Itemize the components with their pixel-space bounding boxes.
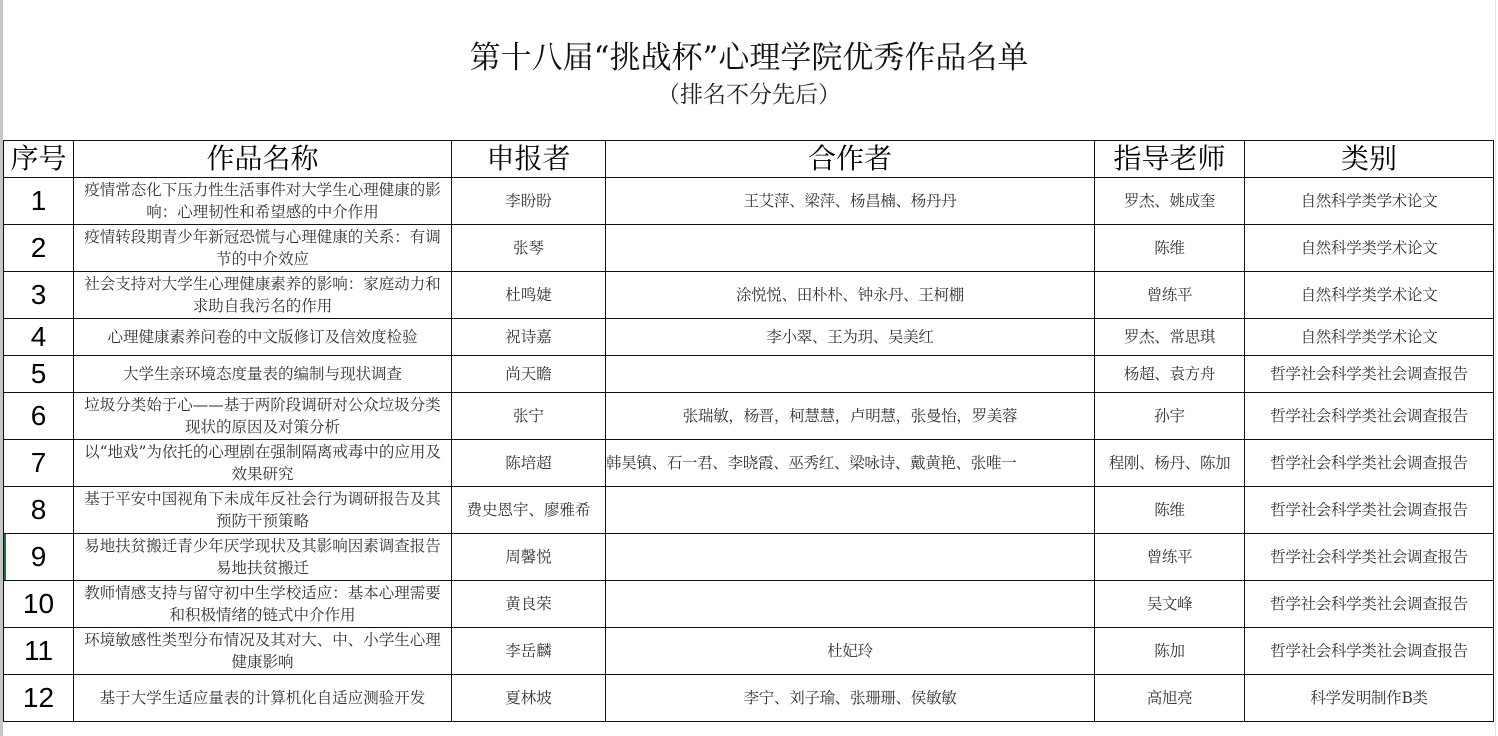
cell-title[interactable]: 基于大学生适应量表的计算机化自适应测验开发 <box>74 675 452 722</box>
cell-collaborators[interactable]: 韩昊镇、石一君、李晓霞、巫秀红、梁咏诗、戴黄艳、张唯一 <box>606 440 1095 487</box>
cell-collaborators[interactable]: 王艾萍、梁萍、杨昌楠、杨丹丹 <box>606 178 1095 225</box>
cell-index[interactable]: 5 <box>4 356 74 393</box>
cell-applicant[interactable]: 陈培超 <box>452 440 606 487</box>
document-title: 第十八届“挑战杯”心理学院优秀作品名单 <box>0 32 1498 77</box>
cell-applicant[interactable]: 黄良荣 <box>452 581 606 628</box>
header-row: 序号 作品名称 申报者 合作者 指导老师 类别 <box>4 141 1494 178</box>
cell-category[interactable]: 哲学社会科学类社会调查报告 <box>1245 628 1494 675</box>
cell-collaborators[interactable]: 李小翠、王为玥、吴美红 <box>606 319 1095 356</box>
table-row: 4 心理健康素养问卷的中文版修订及信效度检验 祝诗嘉 李小翠、王为玥、吴美红 罗… <box>4 319 1494 356</box>
cell-category[interactable]: 哲学社会科学类社会调查报告 <box>1245 487 1494 534</box>
cell-advisor[interactable]: 陈维 <box>1095 487 1245 534</box>
cell-index-selected[interactable]: 9 <box>4 534 74 581</box>
cell-applicant[interactable]: 李盼盼 <box>452 178 606 225</box>
table-row: 11 环境敏感性类型分布情况及其对大、中、小学生心理健康影响 李岳麟 杜妃玲 陈… <box>4 628 1494 675</box>
cell-collaborators[interactable]: 张瑞敏，杨晋，柯慧慧，卢明慧，张曼怡，罗美蓉 <box>606 393 1095 440</box>
cell-title[interactable]: 以“地戏”为依托的心理剧在强制隔离戒毒中的应用及效果研究 <box>74 440 452 487</box>
cell-title[interactable]: 教师情感支持与留守初中生学校适应：基本心理需要和积极情绪的链式中介作用 <box>74 581 452 628</box>
cell-collaborators[interactable] <box>606 225 1095 272</box>
cell-index[interactable]: 12 <box>4 675 74 722</box>
cell-advisor[interactable]: 罗杰、姚成奎 <box>1095 178 1245 225</box>
cell-applicant[interactable]: 夏林坡 <box>452 675 606 722</box>
cell-index[interactable]: 11 <box>4 628 74 675</box>
cell-collaborators[interactable]: 李宁、刘子瑜、张珊珊、侯敏敏 <box>606 675 1095 722</box>
table-row: 9 易地扶贫搬迁青少年厌学现状及其影响因素调查报告易地扶贫搬迁 周馨悦 曾练平 … <box>4 534 1494 581</box>
header-collaborators[interactable]: 合作者 <box>606 141 1095 178</box>
cell-applicant[interactable]: 周馨悦 <box>452 534 606 581</box>
cell-advisor[interactable]: 孙宇 <box>1095 393 1245 440</box>
cell-collaborators[interactable]: 杜妃玲 <box>606 628 1095 675</box>
header-index[interactable]: 序号 <box>4 141 74 178</box>
cell-index[interactable]: 8 <box>4 487 74 534</box>
table-row: 5 大学生亲环境态度量表的编制与现状调查 尚天瞻 杨超、袁方舟 哲学社会科学类社… <box>4 356 1494 393</box>
table-row: 2 疫情转段期青少年新冠恐慌与心理健康的关系：有调节的中介效应 张琴 陈维 自然… <box>4 225 1494 272</box>
cell-advisor[interactable]: 高旭亮 <box>1095 675 1245 722</box>
table-row: 3 社会支持对大学生心理健康素养的影响：家庭动力和求助自我污名的作用 杜鸣婕 涂… <box>4 272 1494 319</box>
cell-index[interactable]: 4 <box>4 319 74 356</box>
cell-applicant[interactable]: 费史恩宇、廖雅希 <box>452 487 606 534</box>
cell-applicant[interactable]: 张宁 <box>452 393 606 440</box>
cell-collaborators[interactable] <box>606 581 1095 628</box>
cell-collaborators[interactable]: 涂悦悦、田朴朴、钟永丹、王柯棚 <box>606 272 1095 319</box>
table-row: 1 疫情常态化下压力性生活事件对大学生心理健康的影响：心理韧性和希望感的中介作用… <box>4 178 1494 225</box>
cell-advisor[interactable]: 曾练平 <box>1095 272 1245 319</box>
cell-applicant[interactable]: 张琴 <box>452 225 606 272</box>
cell-category[interactable]: 哲学社会科学类社会调查报告 <box>1245 534 1494 581</box>
cell-category[interactable]: 哲学社会科学类社会调查报告 <box>1245 581 1494 628</box>
cell-title[interactable]: 疫情转段期青少年新冠恐慌与心理健康的关系：有调节的中介效应 <box>74 225 452 272</box>
cell-applicant[interactable]: 李岳麟 <box>452 628 606 675</box>
cell-advisor[interactable]: 罗杰、常思琪 <box>1095 319 1245 356</box>
cell-applicant[interactable]: 杜鸣婕 <box>452 272 606 319</box>
cell-title[interactable]: 基于平安中国视角下未成年反社会行为调研报告及其预防干预策略 <box>74 487 452 534</box>
cell-applicant[interactable]: 尚天瞻 <box>452 356 606 393</box>
cell-title[interactable]: 环境敏感性类型分布情况及其对大、中、小学生心理健康影响 <box>74 628 452 675</box>
cell-title[interactable]: 疫情常态化下压力性生活事件对大学生心理健康的影响：心理韧性和希望感的中介作用 <box>74 178 452 225</box>
cell-applicant[interactable]: 祝诗嘉 <box>452 319 606 356</box>
cell-title[interactable]: 易地扶贫搬迁青少年厌学现状及其影响因素调查报告易地扶贫搬迁 <box>74 534 452 581</box>
cell-title[interactable]: 社会支持对大学生心理健康素养的影响：家庭动力和求助自我污名的作用 <box>74 272 452 319</box>
table-row: 6 垃圾分类始于心——基于两阶段调研对公众垃圾分类现状的原因及对策分析 张宁 张… <box>4 393 1494 440</box>
header-advisor[interactable]: 指导老师 <box>1095 141 1245 178</box>
table-row: 12 基于大学生适应量表的计算机化自适应测验开发 夏林坡 李宁、刘子瑜、张珊珊、… <box>4 675 1494 722</box>
cell-category[interactable]: 哲学社会科学类社会调查报告 <box>1245 356 1494 393</box>
document-subtitle: （排名不分先后） <box>0 76 1498 109</box>
cell-advisor[interactable]: 杨超、袁方舟 <box>1095 356 1245 393</box>
cell-category[interactable]: 自然科学类学术论文 <box>1245 319 1494 356</box>
cell-advisor[interactable]: 程刚、杨丹、陈加 <box>1095 440 1245 487</box>
cell-index[interactable]: 7 <box>4 440 74 487</box>
cell-index[interactable]: 3 <box>4 272 74 319</box>
header-category[interactable]: 类别 <box>1245 141 1494 178</box>
cell-advisor[interactable]: 陈加 <box>1095 628 1245 675</box>
cell-category[interactable]: 自然科学类学术论文 <box>1245 272 1494 319</box>
cell-title[interactable]: 垃圾分类始于心——基于两阶段调研对公众垃圾分类现状的原因及对策分析 <box>74 393 452 440</box>
cell-index[interactable]: 1 <box>4 178 74 225</box>
gridline <box>1495 0 1496 736</box>
cell-index[interactable]: 2 <box>4 225 74 272</box>
spreadsheet-sheet: 第十八届“挑战杯”心理学院优秀作品名单 （排名不分先后） 序号 作品名称 申报者… <box>0 0 1498 736</box>
cell-collaborators[interactable] <box>606 487 1095 534</box>
cell-category[interactable]: 哲学社会科学类社会调查报告 <box>1245 440 1494 487</box>
cell-title[interactable]: 心理健康素养问卷的中文版修订及信效度检验 <box>74 319 452 356</box>
cell-collaborators[interactable] <box>606 534 1095 581</box>
table-row: 7 以“地戏”为依托的心理剧在强制隔离戒毒中的应用及效果研究 陈培超 韩昊镇、石… <box>4 440 1494 487</box>
cell-category[interactable]: 自然科学类学术论文 <box>1245 178 1494 225</box>
cell-category[interactable]: 科学发明制作B类 <box>1245 675 1494 722</box>
cell-category[interactable]: 自然科学类学术论文 <box>1245 225 1494 272</box>
table-row: 10 教师情感支持与留守初中生学校适应：基本心理需要和积极情绪的链式中介作用 黄… <box>4 581 1494 628</box>
cell-index[interactable]: 10 <box>4 581 74 628</box>
cell-title[interactable]: 大学生亲环境态度量表的编制与现状调查 <box>74 356 452 393</box>
cell-advisor[interactable]: 吴文峰 <box>1095 581 1245 628</box>
table-row: 8 基于平安中国视角下未成年反社会行为调研报告及其预防干预策略 费史恩宇、廖雅希… <box>4 487 1494 534</box>
cell-category[interactable]: 哲学社会科学类社会调查报告 <box>1245 393 1494 440</box>
cell-advisor[interactable]: 曾练平 <box>1095 534 1245 581</box>
award-list-table: 序号 作品名称 申报者 合作者 指导老师 类别 1 疫情常态化下压力性生活事件对… <box>3 140 1494 722</box>
cell-collaborators[interactable] <box>606 356 1095 393</box>
header-applicant[interactable]: 申报者 <box>452 141 606 178</box>
cell-index[interactable]: 6 <box>4 393 74 440</box>
header-title[interactable]: 作品名称 <box>74 141 452 178</box>
cell-advisor[interactable]: 陈维 <box>1095 225 1245 272</box>
